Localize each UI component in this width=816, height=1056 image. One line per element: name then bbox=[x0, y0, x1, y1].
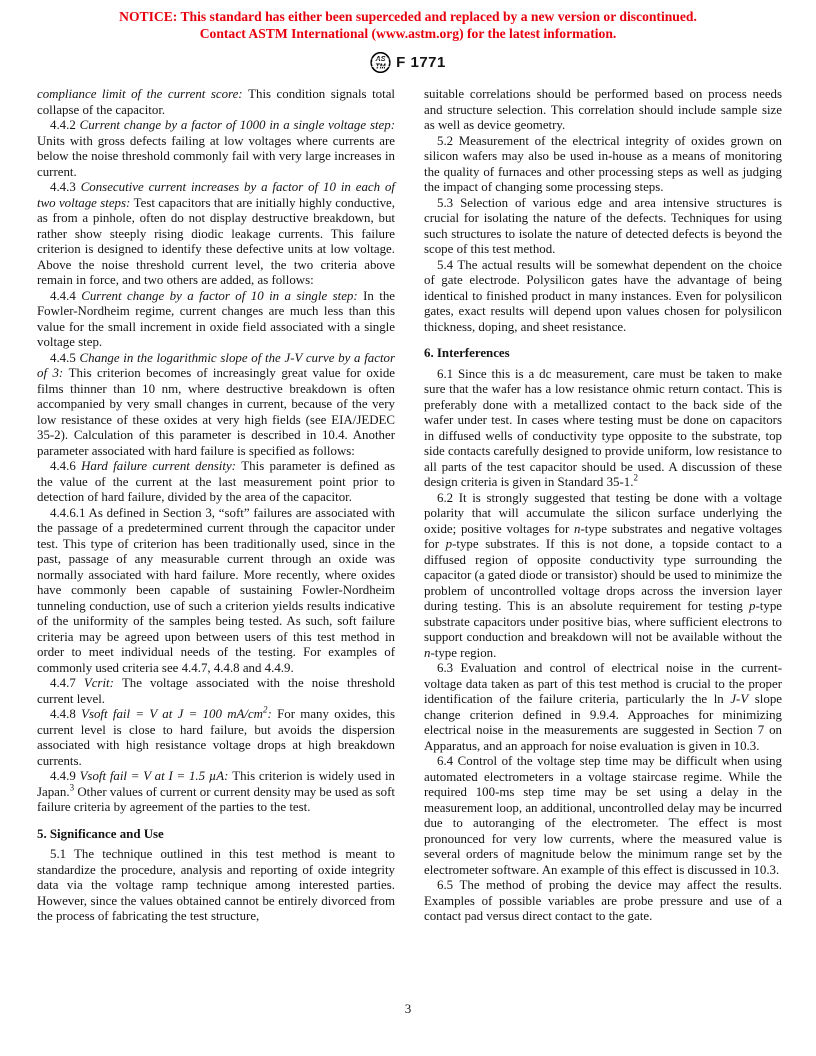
paragraph: 5.3 Selection of various edge and area i… bbox=[424, 196, 782, 258]
paragraph: 6.5 The method of probing the device may… bbox=[424, 878, 782, 925]
astm-logo-icon: AS TM bbox=[370, 52, 391, 73]
paragraph: 4.4.7 Vcrit: The voltage associated with… bbox=[37, 676, 395, 707]
discontinuation-notice: NOTICE: This standard has either been su… bbox=[0, 0, 816, 42]
two-column-body: compliance limit of the current score: T… bbox=[37, 87, 783, 925]
paragraph: 6.4 Control of the voltage step time may… bbox=[424, 754, 782, 878]
section-heading: 6. Interferences bbox=[424, 346, 782, 362]
paragraph: 4.4.3 Consecutive current increases by a… bbox=[37, 180, 395, 289]
paragraph: 4.4.2 Current change by a factor of 1000… bbox=[37, 118, 395, 180]
paragraph: suitable correlations should be performe… bbox=[424, 87, 782, 134]
paragraph: compliance limit of the current score: T… bbox=[37, 87, 395, 118]
paragraph: 4.4.6.1 As defined in Section 3, “soft” … bbox=[37, 506, 395, 677]
paragraph: 6.3 Evaluation and control of electrical… bbox=[424, 661, 782, 754]
section-heading: 5. Significance and Use bbox=[37, 827, 395, 843]
paragraph: 4.4.6 Hard failure current density: This… bbox=[37, 459, 395, 506]
paragraph: 5.2 Measurement of the electrical integr… bbox=[424, 134, 782, 196]
paragraph: 6.2 It is strongly suggested that testin… bbox=[424, 491, 782, 662]
paragraph: 4.4.9 Vsoft fail = V at I = 1.5 µA: This… bbox=[37, 769, 395, 816]
paragraph: 6.1 Since this is a dc measurement, care… bbox=[424, 367, 782, 491]
standard-designation: F 1771 bbox=[396, 54, 446, 71]
paragraph: 5.4 The actual results will be somewhat … bbox=[424, 258, 782, 336]
page-number: 3 bbox=[0, 1001, 816, 1017]
notice-line-1: NOTICE: This standard has either been su… bbox=[0, 8, 816, 25]
paragraph: 4.4.5 Change in the logarithmic slope of… bbox=[37, 351, 395, 460]
right-column: suitable correlations should be performe… bbox=[424, 87, 782, 925]
document-id-header: AS TM F 1771 bbox=[0, 50, 816, 74]
left-column: compliance limit of the current score: T… bbox=[37, 87, 395, 925]
paragraph: 4.4.4 Current change by a factor of 10 i… bbox=[37, 289, 395, 351]
notice-line-2: Contact ASTM International (www.astm.org… bbox=[0, 25, 816, 42]
paragraph: 5.1 The technique outlined in this test … bbox=[37, 847, 395, 925]
paragraph: 4.4.8 Vsoft fail = V at J = 100 mA/cm2: … bbox=[37, 707, 395, 769]
